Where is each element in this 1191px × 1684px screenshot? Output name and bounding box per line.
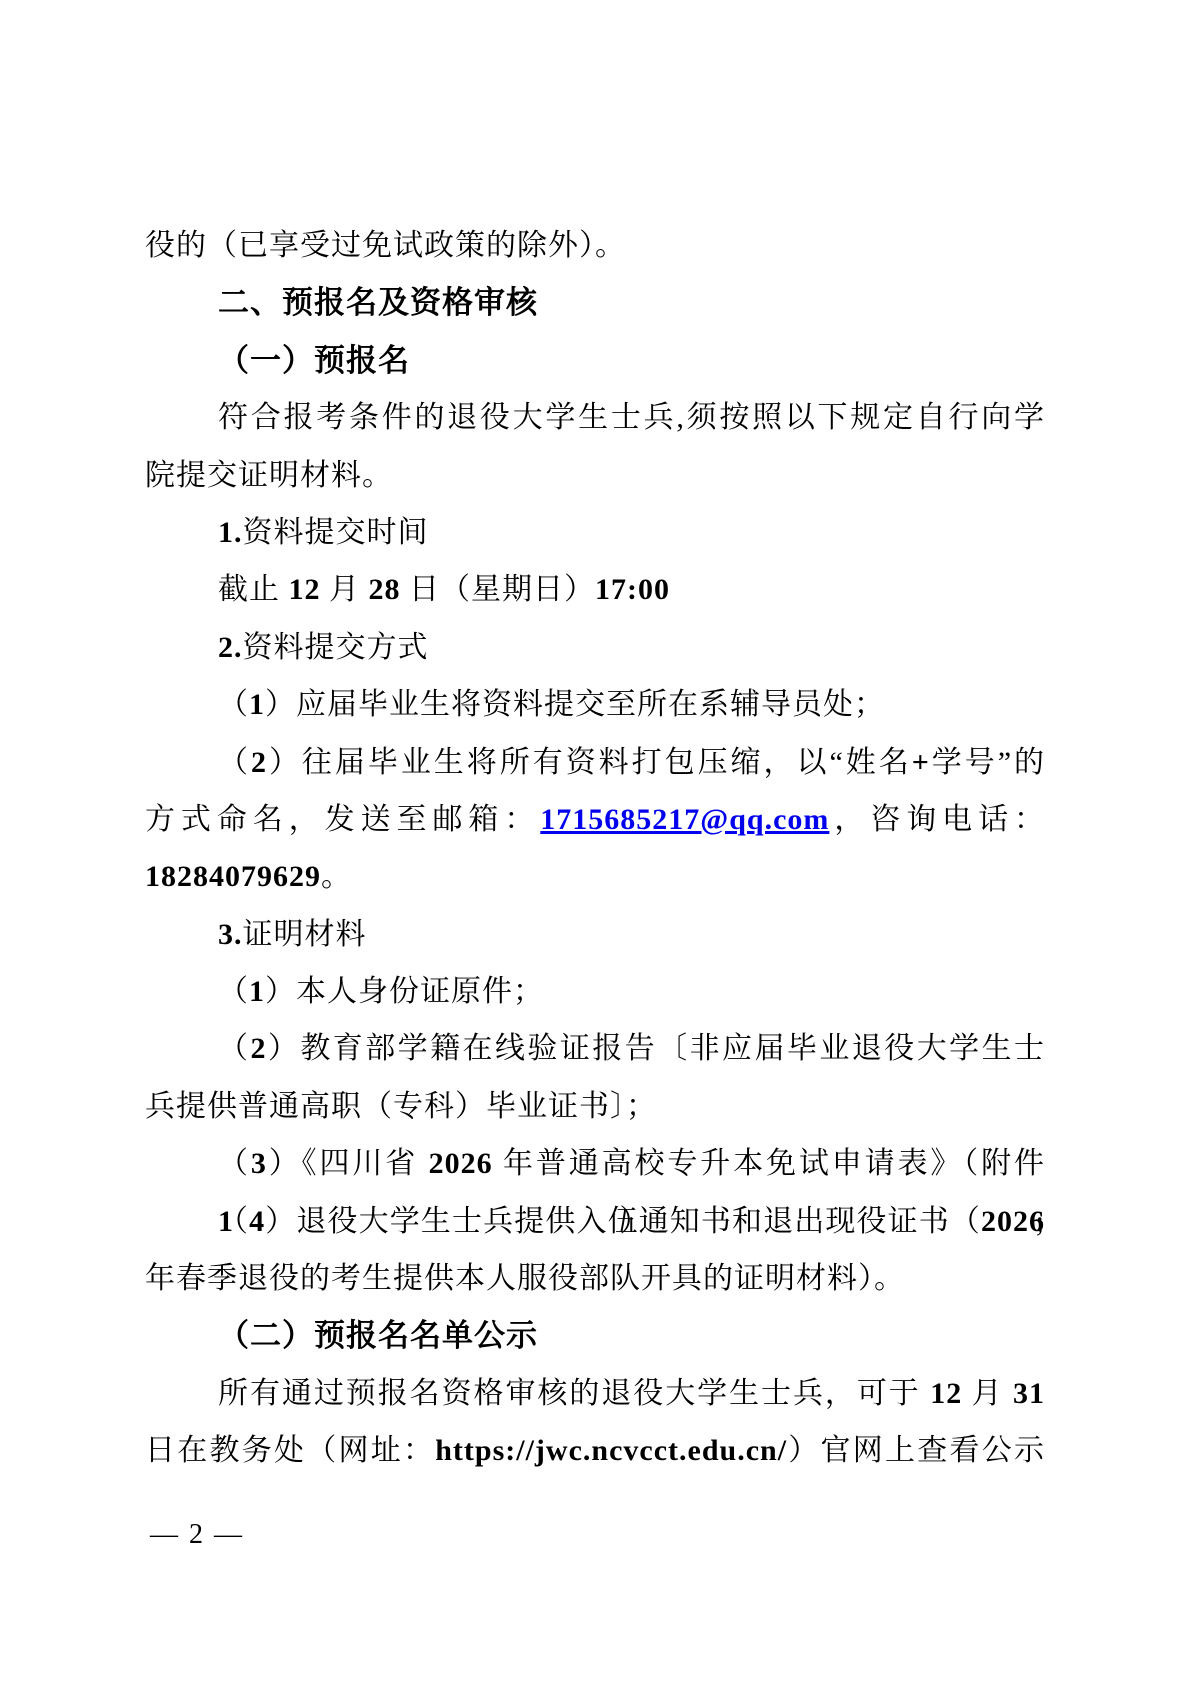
- text-number: 2: [250, 1032, 266, 1065]
- text-run: 资料提交时间: [243, 516, 429, 549]
- text-number: https://jwc.ncvcct.edu.cn/: [435, 1434, 787, 1467]
- para: 兵提供普通高职（专科）毕业证书〕；: [145, 1078, 1045, 1135]
- text-number: 2.: [218, 631, 243, 664]
- text-run: （二）预报名名单公示: [218, 1318, 538, 1353]
- text-run: ）本人身份证原件；: [265, 975, 544, 1008]
- text-number: 31: [1013, 1377, 1045, 1410]
- para: 院提交证明材料。: [145, 447, 1045, 504]
- text-number: 2026: [981, 1205, 1045, 1238]
- para: 日在教务处（网址：https://jwc.ncvcct.edu.cn/）官网上查…: [145, 1422, 1045, 1479]
- list-item: （2）教育部学籍在线验证报告〔非应届毕业退役大学生士: [145, 1020, 1045, 1077]
- list-item: （3）《四川省 2026 年普通高校专升本免试申请表》（附件 1）;: [145, 1135, 1045, 1192]
- text-number: 12: [930, 1377, 962, 1410]
- text-run: （一）预报名: [218, 343, 410, 378]
- text-run: 年普通高校专升本免试申请表》（附件: [493, 1147, 1045, 1180]
- text-run: 二、预报名及资格审核: [218, 285, 538, 320]
- list-item: （2）往届毕业生将所有资料打包压缩，以“姓名+学号”的: [145, 734, 1045, 791]
- text-run: ）《四川省: [267, 1147, 429, 1180]
- text-number: 3.: [218, 918, 243, 951]
- item-1-heading: 1.资料提交时间: [145, 504, 1045, 561]
- section-heading: 二、预报名及资格审核: [145, 274, 1045, 331]
- text-run: 年春季退役的考生提供本人服役部队开具的证明材料）。: [145, 1262, 905, 1295]
- text-run: ）应届毕业生将资料提交至所在系辅导员处；: [265, 688, 885, 721]
- text-run: ）官网上查看公示: [787, 1434, 1045, 1467]
- text-number: 12: [289, 573, 321, 606]
- subsection-heading-2: （二）预报名名单公示: [145, 1307, 1045, 1364]
- text-number: 17:00: [595, 573, 670, 606]
- document-body: 役的（已享受过免试政策的除外）。二、预报名及资格审核（一）预报名符合报考条件的退…: [145, 217, 1045, 1480]
- text-run: ）教育部学籍在线验证报告〔非应届毕业退役大学生士: [266, 1032, 1045, 1065]
- text-run: （: [218, 688, 249, 721]
- para: 所有通过预报名资格审核的退役大学生士兵，可于 12 月 31: [145, 1365, 1045, 1422]
- text-run: （: [218, 1032, 250, 1065]
- text-number: 1.: [218, 516, 243, 549]
- text-run: 月: [321, 573, 369, 606]
- text-run: （: [218, 1147, 251, 1180]
- text-run: 兵提供普通高职（专科）毕业证书〕；: [145, 1090, 657, 1123]
- text-number: 4: [249, 1205, 265, 1238]
- text-run: ）往届毕业生将所有资料打包压缩，以“姓名: [267, 746, 912, 779]
- subsection-heading-1: （一）预报名: [145, 332, 1045, 389]
- text-run: 截止: [218, 573, 289, 606]
- page-number: — 2 —: [150, 1506, 244, 1563]
- text-run: （: [218, 746, 251, 779]
- text-run: 符合报考条件的退役大学生士兵,须按照以下规定自行向学: [218, 401, 1045, 434]
- text-number: 1: [249, 688, 265, 721]
- text-run: 学号”的: [930, 746, 1045, 779]
- text-run: 证明材料: [243, 918, 367, 951]
- text-run: ，咨询电话：: [829, 803, 1045, 836]
- text-run: 月: [962, 1377, 1013, 1410]
- document-page: 役的（已享受过免试政策的除外）。二、预报名及资格审核（一）预报名符合报考条件的退…: [0, 0, 1191, 1684]
- para: 符合报考条件的退役大学生士兵,须按照以下规定自行向学: [145, 389, 1045, 446]
- item-3-heading: 3.证明材料: [145, 906, 1045, 963]
- text-run: 日在教务处（网址：: [145, 1434, 435, 1467]
- deadline-line: 截止 12 月 28 日（星期日）17:00: [145, 561, 1045, 618]
- text-number: 28: [369, 573, 401, 606]
- text-number: 2026: [429, 1147, 493, 1180]
- text-run: ）退役大学生士兵提供入伍通知书和退出现役证书（: [265, 1205, 981, 1238]
- phone-line: 18284079629。: [145, 848, 1045, 905]
- text-run: 日（星期日）: [401, 573, 596, 606]
- text-run: 。: [321, 860, 352, 893]
- list-item: （4）退役大学生士兵提供入伍通知书和退出现役证书（2026: [145, 1193, 1045, 1250]
- email-line: 方式命名，发送至邮箱：1715685217@qq.com，咨询电话：: [145, 791, 1045, 848]
- text-run: 资料提交方式: [243, 631, 429, 664]
- text-run: 所有通过预报名资格审核的退役大学生士兵，可于: [218, 1377, 930, 1410]
- email-link[interactable]: 1715685217@qq.com: [540, 803, 829, 836]
- list-item: （1）本人身份证原件；: [145, 963, 1045, 1020]
- item-2-heading: 2.资料提交方式: [145, 619, 1045, 676]
- text-run: （: [218, 975, 249, 1008]
- text-number: +: [912, 746, 930, 779]
- text-run: 役的（已享受过免试政策的除外）。: [145, 229, 626, 262]
- text-number: 18284079629: [145, 860, 321, 893]
- list-item: （1）应届毕业生将资料提交至所在系辅导员处；: [145, 676, 1045, 733]
- text-number: 1: [249, 975, 265, 1008]
- para-continuation: 役的（已享受过免试政策的除外）。: [145, 217, 1045, 274]
- text-run: 院提交证明材料。: [145, 459, 393, 492]
- text-number: 2: [251, 746, 267, 779]
- text-run: （: [218, 1205, 249, 1238]
- text-number: 3: [251, 1147, 267, 1180]
- para: 年春季退役的考生提供本人服役部队开具的证明材料）。: [145, 1250, 1045, 1307]
- text-run: 方式命名，发送至邮箱：: [145, 803, 540, 836]
